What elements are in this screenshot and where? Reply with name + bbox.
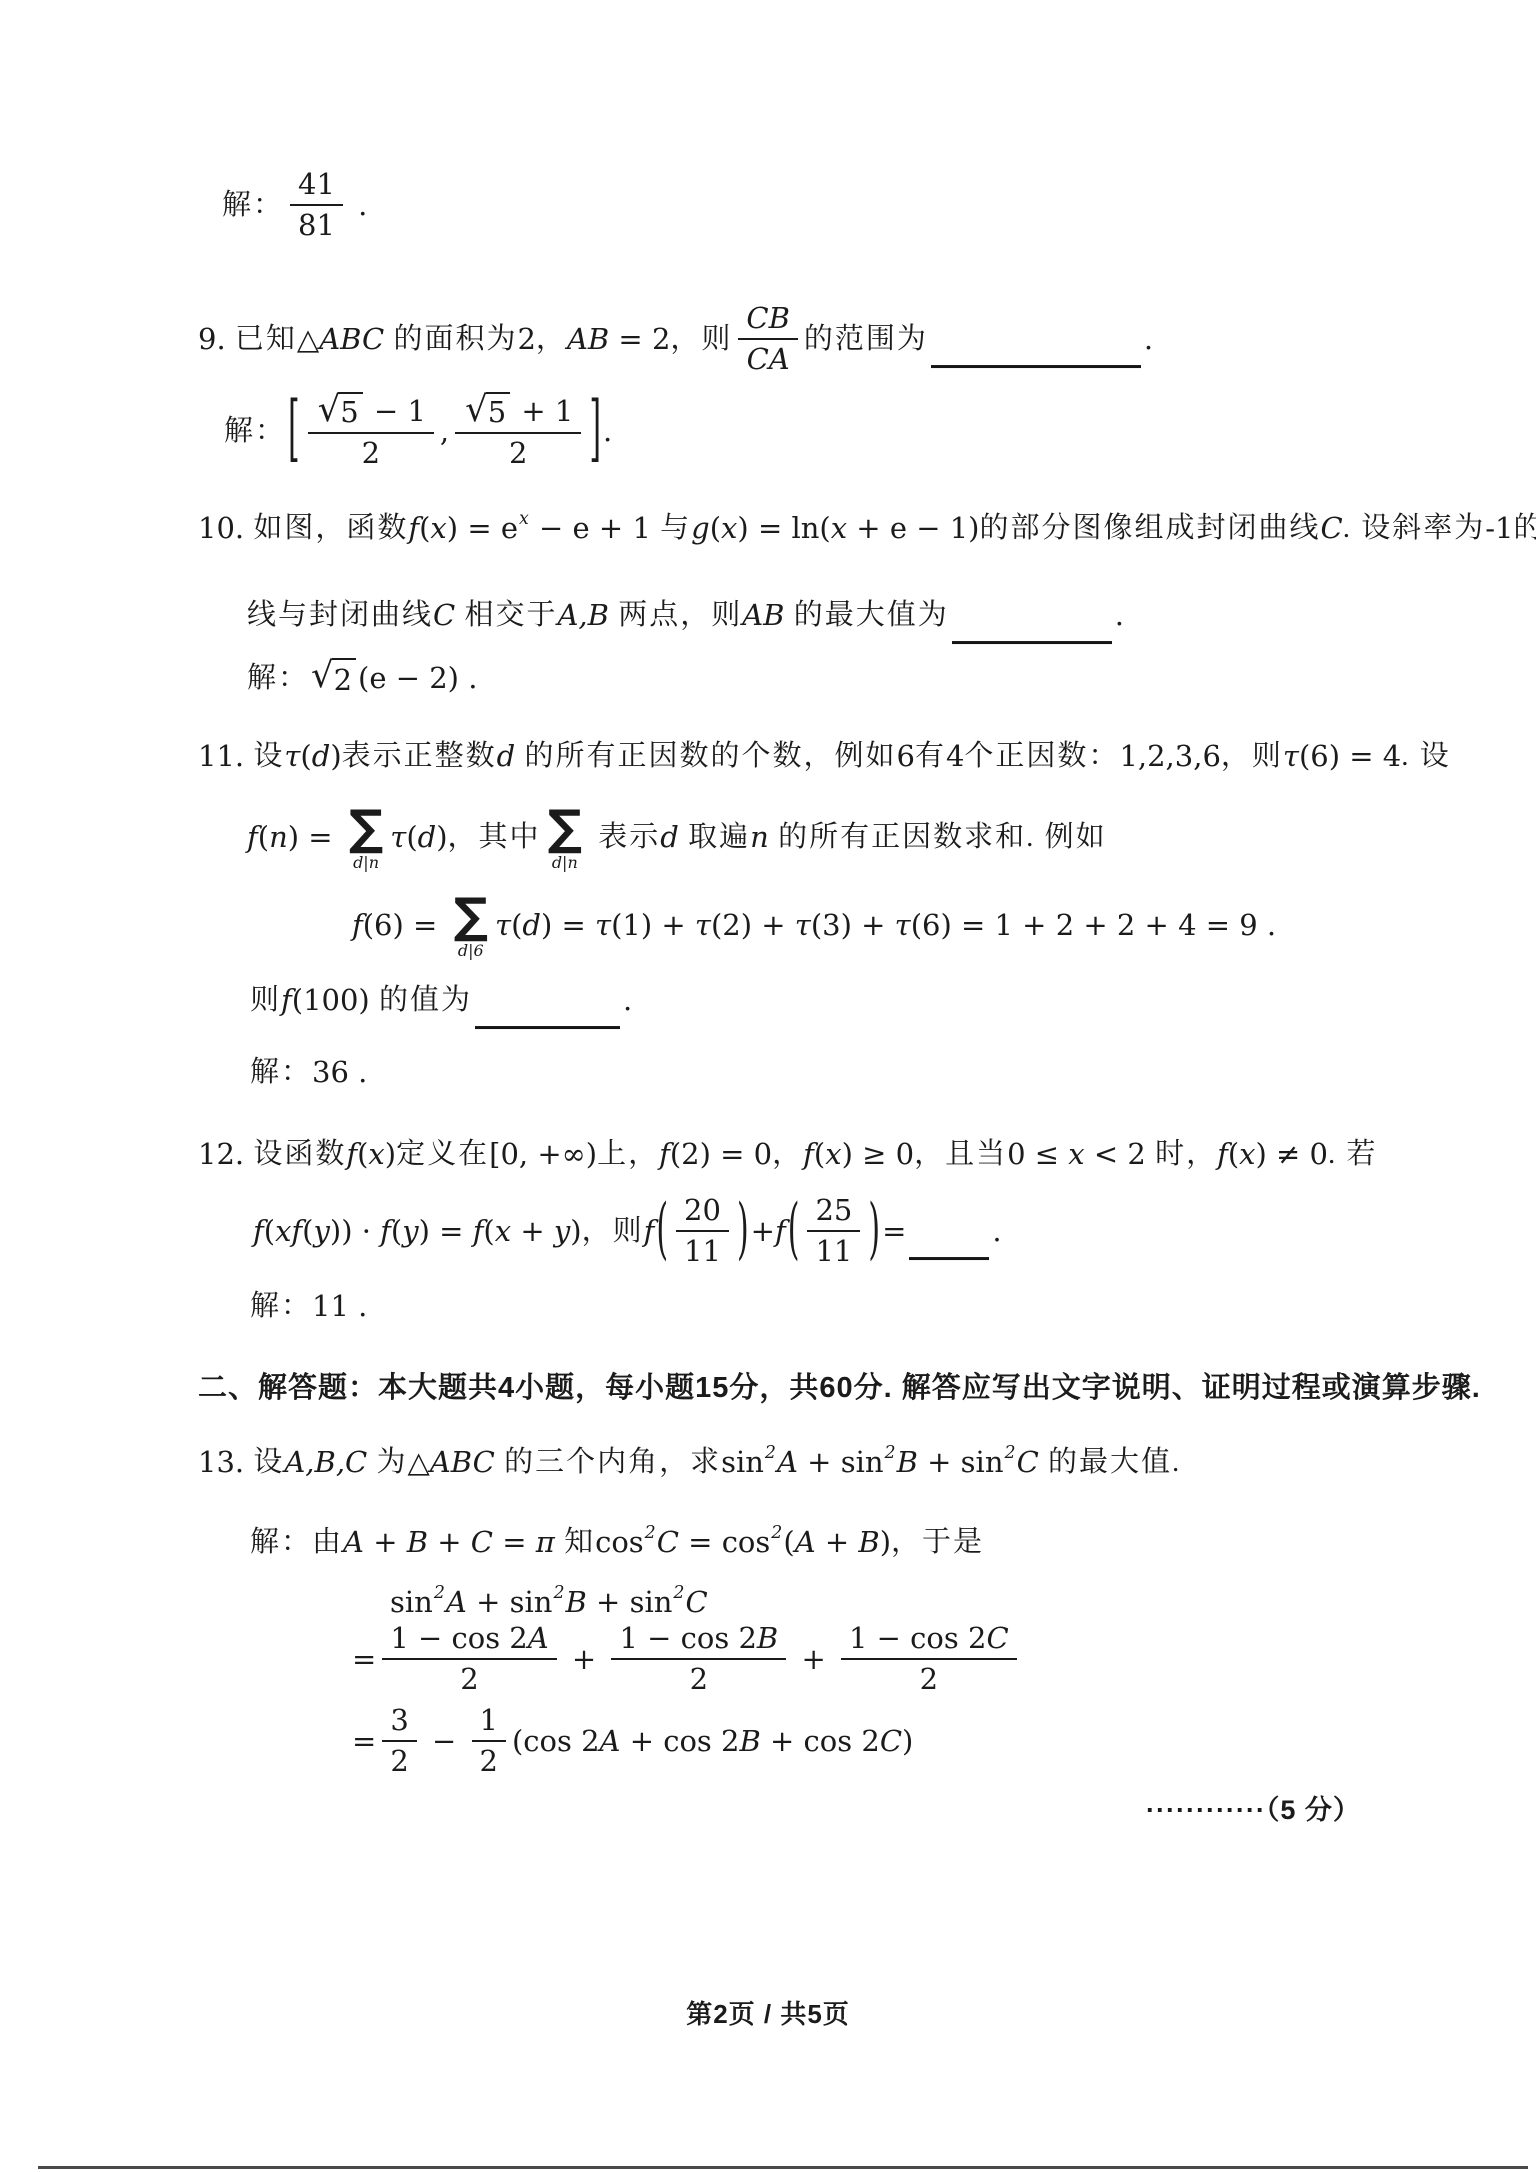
- radical-symbol: √: [318, 392, 341, 428]
- text-segment: x: [275, 1213, 291, 1249]
- text-segment: + sin: [587, 1584, 673, 1620]
- question-11-example-equation: f(6) = ∑d|6τ(d) = τ(1) + τ(2) + τ(3) + τ…: [352, 892, 1276, 959]
- question-12-line-2: f(xf(y)) · f(y) = f(x + y)，则f(2011)+f(25…: [253, 1194, 1002, 1269]
- text-segment: π: [536, 1524, 555, 1560]
- fraction: √5 − 12: [308, 392, 434, 471]
- text-segment: (: [783, 1524, 794, 1560]
- section-2-header: 二、解答题：本大题共4小题，每小题15分，共60分. 解答应写出文字说明、证明过…: [198, 1370, 1481, 1406]
- text-segment: 上，: [597, 1136, 659, 1172]
- text-segment: 11: [684, 1235, 721, 1268]
- text-segment: (: [258, 819, 269, 855]
- text-segment: f: [352, 907, 363, 943]
- question-10-line-2: 线与封闭曲线C 相交于A,B 两点，则AB 的最大值为.: [247, 597, 1124, 633]
- text-segment: .: [459, 660, 477, 696]
- text-segment: x: [721, 510, 737, 546]
- text-segment: B: [566, 1584, 587, 1620]
- summation: ∑d|6: [454, 892, 488, 959]
- text-segment: =: [493, 1524, 536, 1560]
- text-segment: (: [814, 1136, 825, 1172]
- text-segment: 如图，函数: [253, 510, 408, 546]
- text-segment: f: [247, 819, 258, 855]
- text-segment: 两点，则: [609, 597, 742, 633]
- text-segment: ) ≠ 0: [1256, 1136, 1329, 1172]
- text-segment: + sin: [918, 1444, 1004, 1480]
- question-11-line-1: 11. 设τ(d)表示正整数d 的所有正因数的个数，例如6有4个正因数：1,2,…: [198, 738, 1451, 774]
- text-segment: 的范围为: [804, 321, 928, 357]
- text-segment: 解：: [250, 1524, 312, 1560]
- fraction: 1 − cos 2B2: [611, 1622, 786, 1697]
- text-segment: f: [1217, 1136, 1228, 1172]
- text-segment: A,B,C: [284, 1444, 367, 1480]
- radicand: 5: [338, 392, 362, 429]
- superscript: 2: [1005, 1443, 1016, 1465]
- text-segment: C: [880, 1723, 902, 1759]
- fraction-numerator: 1: [472, 1704, 506, 1742]
- text-segment: 的三个内角，求: [495, 1444, 721, 1480]
- text-segment: (: [302, 1213, 313, 1249]
- text-segment: f: [644, 1213, 655, 1249]
- text-segment: . 设: [1401, 738, 1451, 774]
- fraction: 4181: [290, 168, 343, 243]
- text-segment: 定义在: [396, 1136, 489, 1172]
- text-segment: 时，: [1146, 1136, 1217, 1172]
- text-segment: ) ≥ 0: [842, 1136, 915, 1172]
- superscript: 2: [673, 1583, 684, 1605]
- text-segment: (100): [292, 982, 370, 1018]
- text-segment: )) ·: [330, 1213, 380, 1249]
- page-footer: 第2页 / 共5页: [0, 1994, 1536, 2031]
- text-segment: f: [281, 982, 292, 1018]
- text-segment: 设: [253, 1444, 284, 1480]
- solution-13-display-2: =1 − cos 2A2 + 1 − cos 2B2 + 1 − cos 2C2: [352, 1622, 1023, 1697]
- text-segment: 表示: [589, 819, 660, 855]
- text-segment: 知: [555, 1524, 595, 1560]
- text-segment: x: [430, 510, 446, 546]
- text-segment: + e − 1): [847, 510, 979, 546]
- text-segment: 2: [517, 321, 535, 357]
- text-segment: f: [803, 1136, 814, 1172]
- text-segment: 1 − cos 2: [849, 1622, 986, 1655]
- scan-edge-artifact: [38, 2166, 1528, 2169]
- text-segment: +: [751, 1213, 775, 1249]
- text-segment: A: [777, 1444, 798, 1480]
- text-segment: ): [902, 1723, 913, 1759]
- superscript: 2: [771, 1523, 782, 1545]
- answer-blank: [931, 336, 1141, 368]
- fraction-numerator: 25: [807, 1194, 860, 1232]
- text-segment: A: [795, 1524, 816, 1560]
- text-segment: (: [406, 819, 417, 855]
- text-segment: 的部分图像组成封闭曲线: [980, 510, 1321, 546]
- text-segment: A: [343, 1524, 364, 1560]
- text-segment: 0 ≤: [1007, 1136, 1068, 1172]
- score-note: ············（5 分）: [1146, 1788, 1361, 1827]
- exam-solution-page: 解：4181 . 9. 已知△ABC 的面积为2，AB = 2，则CBCA的范围…: [0, 0, 1536, 2172]
- text-segment: A,B: [557, 597, 608, 633]
- text-segment: 已知: [235, 321, 297, 357]
- fraction-numerator: 1 − cos 2B: [611, 1622, 786, 1660]
- sigma-symbol: ∑: [548, 804, 582, 852]
- text-segment: 6: [897, 738, 915, 774]
- text-segment: +: [511, 1213, 554, 1249]
- text-segment: x: [1068, 1136, 1084, 1172]
- superscript: 2: [765, 1443, 776, 1465]
- square-root: √5: [465, 392, 510, 429]
- text-segment: (6) = 1 + 2 + 2 + 4 = 9 .: [911, 907, 1276, 943]
- text-segment: ): [385, 1136, 396, 1172]
- text-segment: [0, +∞): [489, 1136, 597, 1172]
- text-segment: △: [297, 321, 319, 357]
- question-11-line-2: f(n) = ∑d|nτ(d)，其中∑d|n 表示d 取遍n 的所有正因数求和.…: [247, 804, 1107, 871]
- text-segment: △: [408, 1444, 430, 1480]
- text-segment: τ: [495, 907, 511, 943]
- text-segment: (: [1228, 1136, 1239, 1172]
- radical-symbol: √: [465, 392, 488, 428]
- text-segment: (: [357, 1136, 368, 1172]
- text-segment: . 若: [1328, 1136, 1378, 1172]
- text-segment: C: [433, 597, 455, 633]
- fraction-denominator: 2: [480, 1742, 498, 1778]
- text-segment: 1 − cos 2: [619, 1622, 756, 1655]
- text-segment: 4: [946, 738, 964, 774]
- text-segment: ABC: [430, 1444, 495, 1480]
- text-segment: (3) +: [811, 907, 895, 943]
- text-segment: B: [858, 1524, 879, 1560]
- text-segment: 2: [362, 437, 380, 470]
- text-segment: +: [816, 1524, 859, 1560]
- text-segment: B: [897, 1444, 918, 1480]
- text-segment: C: [657, 1524, 679, 1560]
- text-segment: f: [291, 1213, 302, 1249]
- text-segment: (: [710, 510, 721, 546]
- text-segment: 由: [312, 1524, 343, 1560]
- summation-limit: d|n: [353, 855, 379, 871]
- summation: ∑d|n: [548, 804, 582, 871]
- text-segment: + cos 2: [621, 1723, 740, 1759]
- text-segment: (2) = 0: [670, 1136, 772, 1172]
- text-segment: ABC: [319, 321, 384, 357]
- text-segment: 2: [460, 1663, 478, 1696]
- text-segment: =: [882, 1213, 906, 1249]
- text-segment: (cos 2: [512, 1723, 600, 1759]
- text-segment: τ: [695, 907, 711, 943]
- text-segment: f: [473, 1213, 484, 1249]
- text-segment: 解：: [247, 660, 309, 696]
- fraction-denominator: 81: [298, 206, 335, 242]
- text-segment: ) = e: [447, 510, 518, 546]
- text-segment: n: [750, 819, 769, 855]
- fraction-denominator: 2: [690, 1660, 708, 1696]
- fraction-numerator: 41: [290, 168, 343, 206]
- text-segment: 与: [660, 510, 691, 546]
- text-segment: x: [831, 510, 847, 546]
- text-segment: = cos: [679, 1524, 770, 1560]
- text-segment: 10.: [198, 510, 253, 546]
- text-segment: C: [1321, 510, 1343, 546]
- text-segment: 2: [509, 437, 527, 470]
- text-segment: =: [352, 1723, 376, 1759]
- text-segment: +: [364, 1524, 407, 1560]
- text-segment: g: [691, 510, 710, 546]
- text-segment: 41: [298, 168, 335, 201]
- radical-symbol: √: [311, 658, 334, 694]
- text-segment: ，则: [1221, 738, 1283, 774]
- text-segment: (e − 2): [358, 660, 459, 696]
- text-segment: ，则: [670, 321, 732, 357]
- superscript: 2: [434, 1583, 445, 1605]
- text-segment: (: [419, 510, 430, 546]
- text-segment: C: [986, 1622, 1008, 1655]
- text-segment: = 2: [609, 321, 670, 357]
- text-segment: 1 − cos 2: [390, 1622, 527, 1655]
- text-segment: (: [300, 738, 311, 774]
- text-segment: (: [511, 907, 522, 943]
- text-segment: 表示正整数: [342, 738, 497, 774]
- fraction-denominator: 2: [390, 1742, 408, 1778]
- text-segment: ，且当: [914, 1136, 1007, 1172]
- big-delimiter: ): [737, 1198, 749, 1264]
- text-segment: τ: [795, 907, 811, 943]
- text-segment: y: [554, 1213, 570, 1249]
- solution-13-display-1: sin2A + sin2B + sin2C: [390, 1584, 708, 1620]
- question-13: 13. 设A,B,C 为△ABC 的三个内角，求sin2A + sin2B + …: [198, 1444, 1181, 1480]
- text-segment: sin: [390, 1584, 433, 1620]
- big-delimiter: (: [656, 1198, 668, 1264]
- text-segment: 解：: [224, 413, 286, 449]
- text-segment: C: [686, 1584, 708, 1620]
- text-segment: 设函数: [253, 1136, 346, 1172]
- text-segment: d: [522, 907, 541, 943]
- text-segment: 11.: [198, 738, 253, 774]
- text-segment: 1,2,3,6: [1119, 738, 1220, 774]
- text-segment: f: [659, 1136, 670, 1172]
- text-segment: − e + 1: [530, 510, 660, 546]
- text-segment: f: [346, 1136, 357, 1172]
- big-delimiter: ): [868, 1198, 880, 1264]
- solution-12-answer: 解：11 .: [250, 1288, 367, 1324]
- text-segment: 有: [915, 738, 946, 774]
- text-segment: ): [436, 819, 447, 855]
- text-segment: 25: [815, 1194, 852, 1227]
- solution-11-answer: 解：36 .: [250, 1054, 367, 1090]
- summation-limit: d|n: [552, 855, 578, 871]
- fraction: √5 + 12: [455, 392, 581, 471]
- text-segment: −: [423, 1723, 466, 1759]
- text-segment: 线与封闭曲线: [247, 597, 433, 633]
- text-segment: 解：: [250, 1288, 312, 1324]
- fraction-denominator: 11: [815, 1232, 852, 1268]
- fraction-numerator: 1 − cos 2A: [382, 1622, 556, 1660]
- text-segment: f: [253, 1213, 264, 1249]
- text-segment: (2) +: [711, 907, 795, 943]
- text-segment: A: [446, 1584, 467, 1620]
- text-segment: d: [660, 819, 679, 855]
- fraction-denominator: 11: [684, 1232, 721, 1268]
- text-segment: 个正因数：: [964, 738, 1119, 774]
- text-segment: . 设斜率为: [1343, 510, 1486, 546]
- text-segment: 2: [690, 1663, 708, 1696]
- text-segment: 的最大值.: [1039, 1444, 1182, 1480]
- text-segment: ) =: [288, 819, 342, 855]
- text-segment: AB: [742, 597, 784, 633]
- text-segment: C: [1017, 1444, 1039, 1480]
- text-segment: 设: [253, 738, 284, 774]
- text-segment: 2: [334, 663, 352, 697]
- fraction-denominator: 2: [362, 434, 380, 470]
- text-segment: B: [757, 1622, 778, 1655]
- fraction: 12: [472, 1704, 506, 1779]
- fraction: 32: [382, 1704, 416, 1779]
- text-segment: 2: [920, 1663, 938, 1696]
- text-segment: 的值为: [370, 982, 472, 1018]
- text-segment: +: [563, 1641, 606, 1677]
- text-segment: 36 .: [312, 1054, 367, 1090]
- superscript: 2: [645, 1523, 656, 1545]
- fraction: CBCA: [738, 302, 798, 377]
- text-segment: ): [880, 1524, 891, 1560]
- text-segment: y: [402, 1213, 418, 1249]
- text-segment: .: [623, 982, 632, 1018]
- text-segment: ,: [440, 413, 449, 449]
- radicand: 2: [332, 658, 356, 698]
- text-segment: 解：: [222, 187, 284, 223]
- text-segment: x: [1239, 1136, 1255, 1172]
- text-segment: + 1: [512, 395, 573, 428]
- text-segment: AB: [567, 321, 609, 357]
- text-segment: + sin: [467, 1584, 553, 1620]
- text-segment: ，则: [582, 1213, 644, 1249]
- question-10-line-1: 10. 如图，函数f(x) = ex − e + 1 与g(x) = ln(x …: [198, 510, 1536, 546]
- text-segment: 的直: [1513, 510, 1536, 546]
- text-segment: f: [408, 510, 419, 546]
- text-segment: +: [792, 1641, 835, 1677]
- text-segment: 的最大值为: [785, 597, 949, 633]
- text-segment: (: [483, 1213, 494, 1249]
- text-segment: (: [391, 1213, 402, 1249]
- text-segment: 9.: [198, 321, 235, 357]
- sigma-symbol: ∑: [454, 892, 488, 940]
- fraction: 2011: [676, 1194, 729, 1269]
- text-segment: τ: [284, 738, 300, 774]
- text-segment: 则: [250, 982, 281, 1018]
- text-segment: n: [269, 819, 288, 855]
- text-segment: 11: [815, 1235, 852, 1268]
- text-segment: x: [368, 1136, 384, 1172]
- text-segment: sin: [721, 1444, 764, 1480]
- text-segment: ，其中: [448, 819, 541, 855]
- text-segment: .: [1144, 321, 1153, 357]
- fraction-numerator: √5 + 1: [455, 392, 581, 434]
- text-segment: 的所有正因数的个数，例如: [515, 738, 896, 774]
- text-segment: 13.: [198, 1444, 253, 1480]
- text-segment: ，: [772, 1136, 803, 1172]
- text-segment: 解：: [250, 1054, 312, 1090]
- text-segment: 5: [488, 395, 506, 429]
- text-segment: CB: [746, 302, 790, 335]
- text-segment: =: [352, 1641, 376, 1677]
- text-segment: A: [528, 1622, 549, 1655]
- text-segment: ) = ln(: [737, 510, 830, 546]
- text-segment: .: [349, 187, 367, 223]
- radicand: 5: [486, 392, 510, 429]
- solution-13-step-1: 解：由A + B + C = π 知cos2C = cos2(A + B)，于是: [250, 1524, 984, 1560]
- text-segment: ) =: [541, 907, 595, 943]
- text-segment: .: [992, 1213, 1001, 1249]
- text-segment: A: [600, 1723, 621, 1759]
- text-segment: C: [471, 1524, 493, 1560]
- question-11-line-4: 则f(100) 的值为.: [250, 982, 632, 1018]
- text-segment: x: [825, 1136, 841, 1172]
- text-segment: < 2: [1085, 1136, 1146, 1172]
- text-segment: f: [775, 1213, 786, 1249]
- question-9: 9. 已知△ABC 的面积为2，AB = 2，则CBCA的范围为.: [198, 302, 1153, 377]
- text-segment: d: [497, 738, 516, 774]
- text-segment: y: [313, 1213, 329, 1249]
- text-segment: 3: [390, 1704, 408, 1737]
- text-segment: x: [495, 1213, 511, 1249]
- text-segment: 81: [298, 209, 335, 242]
- text-segment: (6) =: [363, 907, 447, 943]
- superscript: 2: [553, 1583, 564, 1605]
- answer-blank: [952, 612, 1112, 644]
- sigma-symbol: ∑: [349, 804, 383, 852]
- text-segment: ，于是: [891, 1524, 984, 1560]
- text-segment: 的面积为: [384, 321, 517, 357]
- superscript: x: [519, 509, 529, 531]
- solution-10-answer: 解：√2(e − 2) .: [247, 658, 477, 698]
- fraction-denominator: 2: [920, 1660, 938, 1696]
- text-segment: 12.: [198, 1136, 253, 1172]
- text-segment: 1: [480, 1704, 498, 1737]
- text-segment: 相交于: [455, 597, 557, 633]
- fraction-denominator: 2: [460, 1660, 478, 1696]
- question-12-line-1: 12. 设函数f(x)定义在[0, +∞)上，f(2) = 0，f(x) ≥ 0…: [198, 1136, 1378, 1172]
- text-segment: τ: [1283, 738, 1299, 774]
- big-delimiter: (: [788, 1198, 800, 1264]
- solution-9-answer: 解：[√5 − 12,√5 + 12].: [224, 392, 612, 471]
- square-root: √5: [318, 392, 363, 429]
- answer-blank: [475, 997, 620, 1029]
- text-segment: 2: [390, 1745, 408, 1778]
- text-segment: 5: [340, 395, 358, 429]
- text-segment: 取遍: [679, 819, 750, 855]
- fraction-numerator: CB: [738, 302, 798, 340]
- text-segment: f: [380, 1213, 391, 1249]
- text-segment: .: [603, 413, 612, 449]
- text-segment: (6) = 4: [1299, 738, 1401, 774]
- text-segment: ): [570, 1213, 581, 1249]
- fraction: 1 − cos 2C2: [841, 1622, 1017, 1697]
- text-segment: + cos 2: [761, 1723, 880, 1759]
- text-segment: B: [740, 1723, 761, 1759]
- fraction-numerator: 3: [382, 1704, 416, 1742]
- text-segment: 20: [684, 1194, 721, 1227]
- text-segment: τ: [390, 819, 406, 855]
- text-segment: CA: [747, 343, 790, 376]
- solution-13-display-3: =32 − 12(cos 2A + cos 2B + cos 2C): [352, 1704, 913, 1779]
- fraction-numerator: √5 − 1: [308, 392, 434, 434]
- text-segment: B: [407, 1524, 428, 1560]
- text-segment: d: [418, 819, 437, 855]
- text-segment: ) =: [419, 1213, 473, 1249]
- text-segment: + sin: [798, 1444, 884, 1480]
- answer-blank: [909, 1228, 989, 1260]
- text-segment: ): [330, 738, 341, 774]
- text-segment: 为: [367, 1444, 407, 1480]
- text-segment: (1) +: [611, 907, 695, 943]
- text-segment: τ: [895, 907, 911, 943]
- text-segment: τ: [595, 907, 611, 943]
